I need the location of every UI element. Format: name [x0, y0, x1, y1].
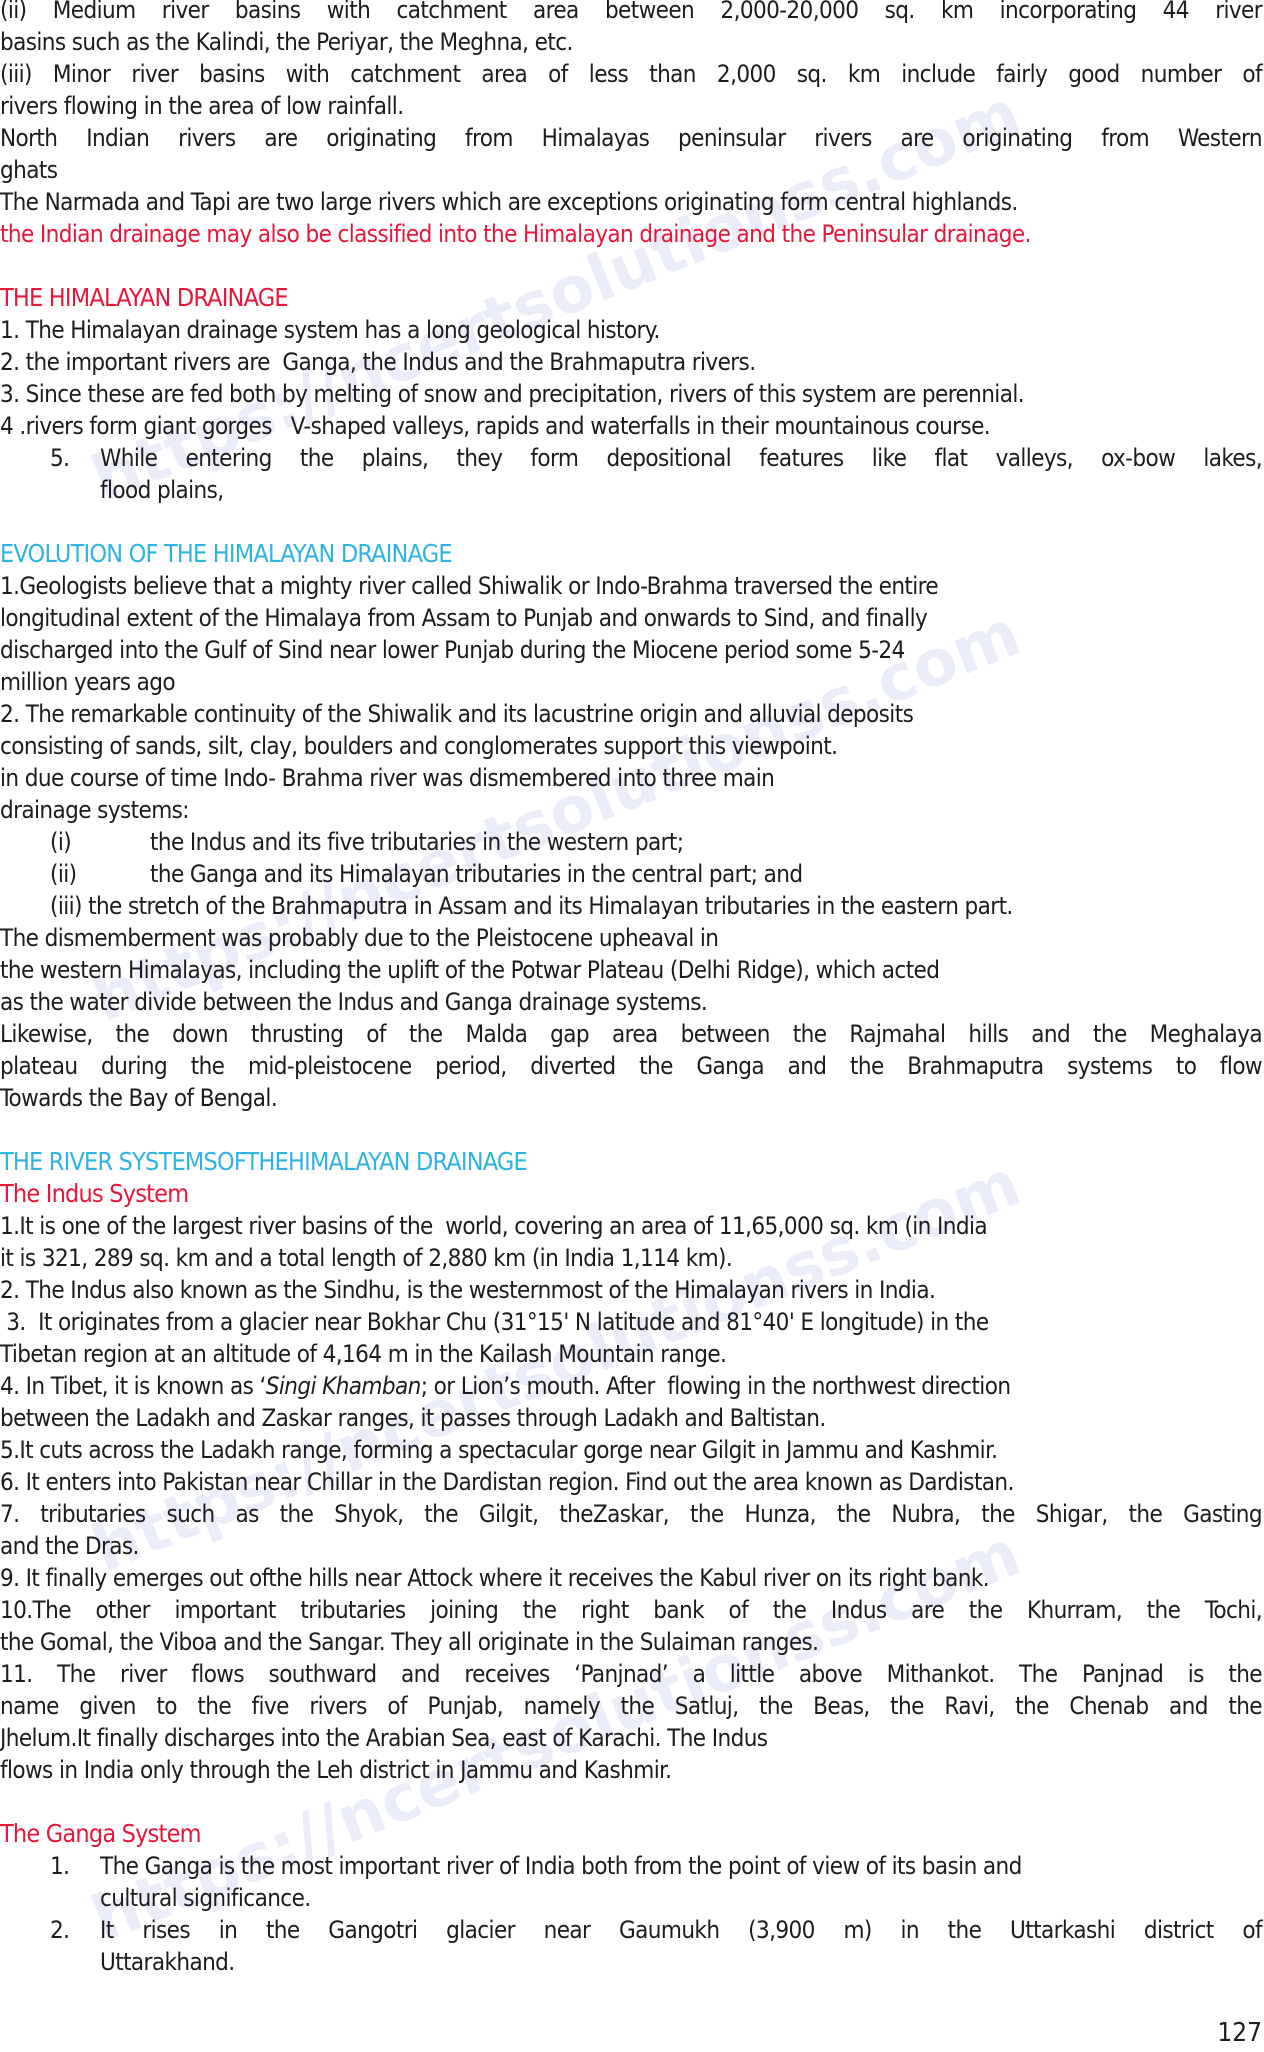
himalayan-point-5: While entering the plains, they form dep…: [100, 442, 1262, 474]
subheading-indus-system: The Indus System: [0, 1178, 188, 1210]
evolution-line: 2. The remarkable continuity of the Shiw…: [0, 698, 913, 730]
drainage-sub-item: (iii) the stretch of the Brahmaputra in …: [50, 890, 1013, 922]
indus-line: 11. The river flows southward and receiv…: [0, 1658, 1262, 1690]
himalayan-point: 4 .rivers form giant gorges V-shaped val…: [0, 410, 990, 442]
ganga-item: It rises in the Gangotri glacier near Ga…: [100, 1914, 1262, 1946]
evolution-line: discharged into the Gulf of Sind near lo…: [0, 634, 905, 666]
section-heading-river-systems: THE RIVER SYSTEMSOFTHEHIMALAYAN DRAINAGE: [0, 1146, 527, 1178]
himalayan-point: 3. Since these are fed both by melting o…: [0, 378, 1024, 410]
indus-line: 10.The other important tributaries joini…: [0, 1594, 1262, 1626]
subheading-ganga-system: The Ganga System: [0, 1818, 201, 1850]
evolution-line: as the water divide between the Indus an…: [0, 986, 707, 1018]
evolution-line: consisting of sands, silt, clay, boulder…: [0, 730, 837, 762]
section-heading-himalayan: THE HIMALAYAN DRAINAGE: [0, 282, 288, 314]
indus-line: 9. It finally emerges out ofthe hills ne…: [0, 1562, 989, 1594]
drainage-sub-item: (ii)the Ganga and its Himalayan tributar…: [50, 858, 803, 890]
evolution-line: in due course of time Indo- Brahma river…: [0, 762, 774, 794]
indus-line: flows in India only through the Leh dist…: [0, 1754, 671, 1786]
himalayan-point: 2. the important rivers are Ganga, the I…: [0, 346, 755, 378]
intro-line: (iii) Minor river basins with catchment …: [0, 58, 1262, 90]
indus-line: name given to the five rivers of Punjab,…: [0, 1690, 1262, 1722]
indus-line: it is 321, 289 sq. km and a total length…: [0, 1242, 732, 1274]
indus-line: 2. The Indus also known as the Sindhu, i…: [0, 1274, 935, 1306]
ganga-item-cont: Uttarakhand.: [100, 1946, 235, 1978]
drainage-sub-item: (i)the Indus and its five tributaries in…: [50, 826, 683, 858]
ganga-item-number: 1.: [50, 1850, 69, 1882]
indus-line: 4. In Tibet, it is known as ‘Singi Khamb…: [0, 1370, 1010, 1402]
evolution-line: drainage systems:: [0, 794, 189, 826]
ganga-item-number: 2.: [50, 1914, 69, 1946]
intro-line: North Indian rivers are originating from…: [0, 122, 1262, 154]
intro-line: basins such as the Kalindi, the Periyar,…: [0, 26, 573, 58]
ganga-item-cont: cultural significance.: [100, 1882, 311, 1914]
indus-line: 5.It cuts across the Ladakh range, formi…: [0, 1434, 997, 1466]
evolution-line: plateau during the mid-pleistocene perio…: [0, 1050, 1262, 1082]
himalayan-point-5-number: 5.: [50, 442, 69, 474]
evolution-line: the western Himalayas, including the upl…: [0, 954, 939, 986]
intro-line: rivers flowing in the area of low rainfa…: [0, 90, 403, 122]
intro-line: (ii) Medium river basins with catchment …: [0, 0, 1262, 26]
indus-line: 7. tributaries such as the Shyok, the Gi…: [0, 1498, 1262, 1530]
section-heading-evolution: EVOLUTION OF THE HIMALAYAN DRAINAGE: [0, 538, 452, 570]
indus-line: 6. It enters into Pakistan near Chillar …: [0, 1466, 1014, 1498]
indus-line: 3. It originates from a glacier near Bok…: [0, 1306, 989, 1338]
intro-highlight: the Indian drainage may also be classifi…: [0, 218, 1031, 250]
indus-line: and the Dras.: [0, 1530, 139, 1562]
evolution-line: Likewise, the down thrusting of the Mald…: [0, 1018, 1262, 1050]
himalayan-point-5-cont: flood plains,: [100, 474, 224, 506]
himalayan-point: 1. The Himalayan drainage system has a l…: [0, 314, 660, 346]
intro-line: ghats: [0, 154, 57, 186]
indus-line: 1.It is one of the largest river basins …: [0, 1210, 987, 1242]
ganga-item: The Ganga is the most important river of…: [100, 1850, 1022, 1882]
evolution-line: The dismemberment was probably due to th…: [0, 922, 718, 954]
evolution-line: 1.Geologists believe that a mighty river…: [0, 570, 938, 602]
evolution-line: Towards the Bay of Bengal.: [0, 1082, 277, 1114]
indus-line: the Gomal, the Viboa and the Sangar. The…: [0, 1626, 818, 1658]
indus-line: Jhelum.It finally discharges into the Ar…: [0, 1722, 767, 1754]
evolution-line: million years ago: [0, 666, 175, 698]
evolution-line: longitudinal extent of the Himalaya from…: [0, 602, 927, 634]
page-number: 127: [1217, 2018, 1262, 2048]
indus-line: Tibetan region at an altitude of 4,164 m…: [0, 1338, 726, 1370]
indus-line: between the Ladakh and Zaskar ranges, it…: [0, 1402, 826, 1434]
intro-line: The Narmada and Tapi are two large river…: [0, 186, 1018, 218]
